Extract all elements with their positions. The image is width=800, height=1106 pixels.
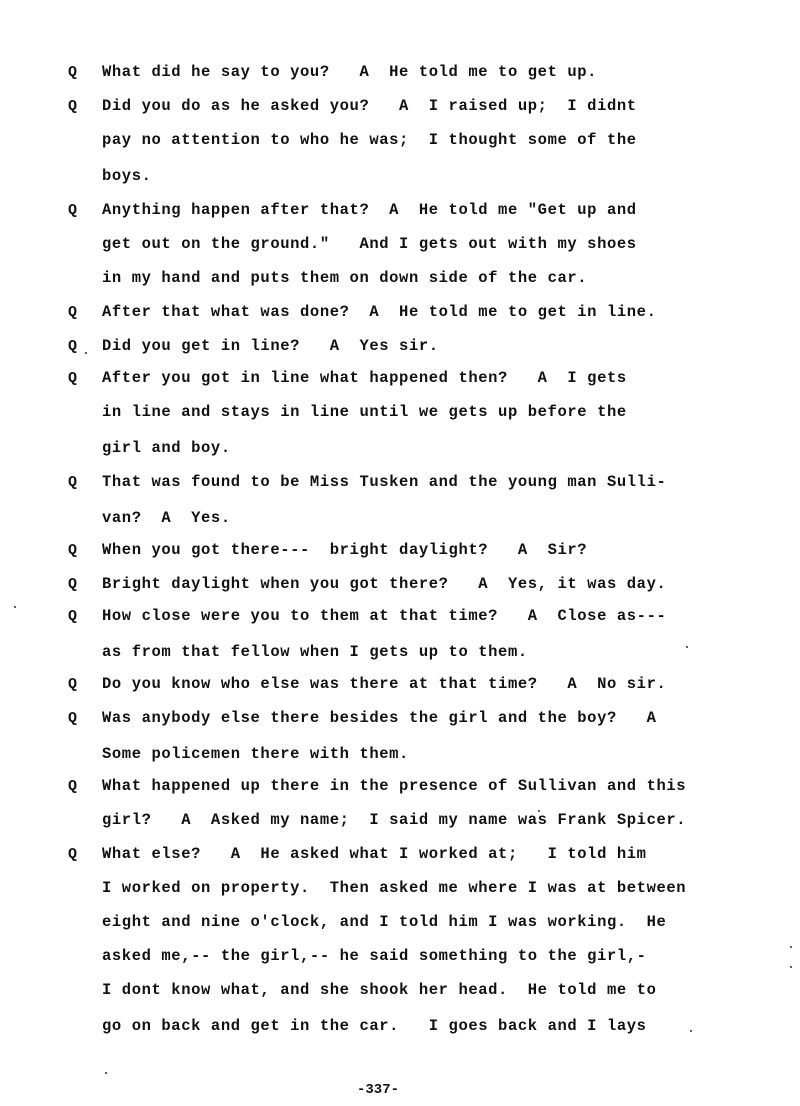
transcript-text: van? A Yes. xyxy=(102,508,231,528)
transcript-text: go on back and get in the car. I goes ba… xyxy=(102,1016,647,1036)
transcript-text: That was found to be Miss Tusken and the… xyxy=(102,472,666,492)
transcript-text: What did he say to you? A He told me to … xyxy=(102,62,597,82)
question-marker: Q xyxy=(68,777,78,797)
question-marker: Q xyxy=(68,337,78,357)
scan-speck xyxy=(14,606,16,608)
transcript-text: get out on the ground." And I gets out w… xyxy=(102,234,637,254)
scan-speck xyxy=(105,1072,107,1074)
question-marker: Q xyxy=(68,575,78,595)
transcript-text: Did you get in line? A Yes sir. xyxy=(102,336,439,356)
transcript-text: Did you do as he asked you? A I raised u… xyxy=(102,96,637,116)
question-marker: Q xyxy=(68,201,78,221)
transcript-text: What happened up there in the presence o… xyxy=(102,776,686,796)
transcript-text: as from that fellow when I gets up to th… xyxy=(102,642,528,662)
scan-speck xyxy=(790,946,792,948)
transcript-text: in line and stays in line until we gets … xyxy=(102,402,627,422)
question-marker: Q xyxy=(68,607,78,627)
transcript-text: How close were you to them at that time?… xyxy=(102,606,666,626)
transcript-text: After that what was done? A He told me t… xyxy=(102,302,656,322)
question-marker: Q xyxy=(68,675,78,695)
transcript-text: eight and nine o'clock, and I told him I… xyxy=(102,912,666,932)
transcript-text: When you got there--- bright daylight? A… xyxy=(102,540,587,560)
transcript-text: Anything happen after that? A He told me… xyxy=(102,200,637,220)
transcript-page: QWhat did he say to you? A He told me to… xyxy=(0,0,800,1106)
transcript-text: I dont know what, and she shook her head… xyxy=(102,980,656,1000)
question-marker: Q xyxy=(68,63,78,83)
transcript-text: in my hand and puts them on down side of… xyxy=(102,268,587,288)
question-marker: Q xyxy=(68,845,78,865)
transcript-text: Was anybody else there besides the girl … xyxy=(102,708,656,728)
scan-speck xyxy=(85,352,87,354)
scan-speck xyxy=(690,1030,692,1032)
transcript-text: pay no attention to who he was; I though… xyxy=(102,130,637,150)
transcript-text: girl? A Asked my name; I said my name wa… xyxy=(102,810,686,830)
scan-speck xyxy=(538,810,540,812)
transcript-text: girl and boy. xyxy=(102,438,231,458)
page-number: -337- xyxy=(357,1080,399,1100)
transcript-text: I worked on property. Then asked me wher… xyxy=(102,878,686,898)
question-marker: Q xyxy=(68,303,78,323)
question-marker: Q xyxy=(68,541,78,561)
transcript-text: What else? A He asked what I worked at; … xyxy=(102,844,647,864)
transcript-text: Bright daylight when you got there? A Ye… xyxy=(102,574,666,594)
transcript-text: asked me,-- the girl,-- he said somethin… xyxy=(102,946,647,966)
question-marker: Q xyxy=(68,473,78,493)
transcript-text: boys. xyxy=(102,166,152,186)
transcript-text: After you got in line what happened then… xyxy=(102,368,627,388)
question-marker: Q xyxy=(68,369,78,389)
scan-speck xyxy=(686,646,688,648)
question-marker: Q xyxy=(68,709,78,729)
transcript-text: Do you know who else was there at that t… xyxy=(102,674,666,694)
scan-speck xyxy=(790,966,792,968)
transcript-text: Some policemen there with them. xyxy=(102,744,409,764)
question-marker: Q xyxy=(68,97,78,117)
